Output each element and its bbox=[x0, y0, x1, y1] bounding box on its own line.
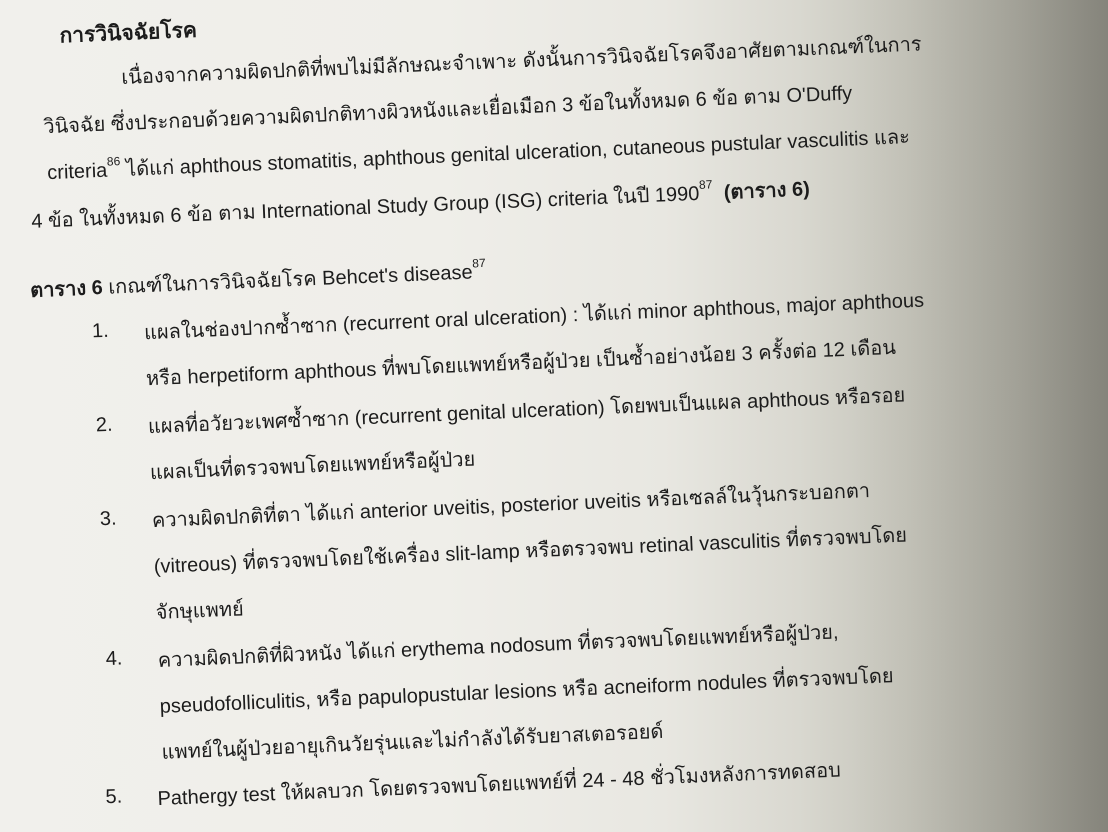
item-3-line-3: จักษุแพทย์ bbox=[155, 592, 244, 628]
item-number-2: 2. bbox=[95, 414, 113, 438]
isg-text: 4 ข้อ ในทั้งหมด 6 ข้อ ตาม International … bbox=[31, 183, 700, 233]
criteria-text: criteria bbox=[47, 160, 108, 184]
reference-superscript: 87 bbox=[472, 256, 486, 271]
section-heading: การวินิจฉัยโรค bbox=[59, 14, 198, 53]
table-reference: (ตาราง 6) bbox=[723, 178, 810, 204]
table-caption: เกณฑ์ในการวินิจฉัยโรค Behcet's disease bbox=[102, 261, 473, 298]
document-page: การวินิจฉัยโรค เนื่องจากความผิดปกติที่พบ… bbox=[0, 0, 1108, 831]
item-4-line-3: แพทย์ในผู้ป่วยอายุเกินวัยรุ่นและไม่กำลัง… bbox=[161, 715, 664, 768]
table-label: ตาราง 6 bbox=[30, 277, 103, 302]
item-number-4: 4. bbox=[105, 647, 123, 671]
table-title: ตาราง 6 เกณฑ์ในการวินิจฉัยโรค Behcet's d… bbox=[30, 255, 487, 306]
reference-superscript: 87 bbox=[699, 177, 713, 192]
item-number-3: 3. bbox=[99, 508, 117, 532]
item-number-5: 5. bbox=[105, 786, 123, 810]
reference-superscript: 86 bbox=[107, 154, 121, 169]
item-number-1: 1. bbox=[91, 320, 109, 344]
item-2-line-2: แผลเป็นที่ตรวจพบโดยแพทย์หรือผู้ป่วย bbox=[149, 443, 476, 489]
